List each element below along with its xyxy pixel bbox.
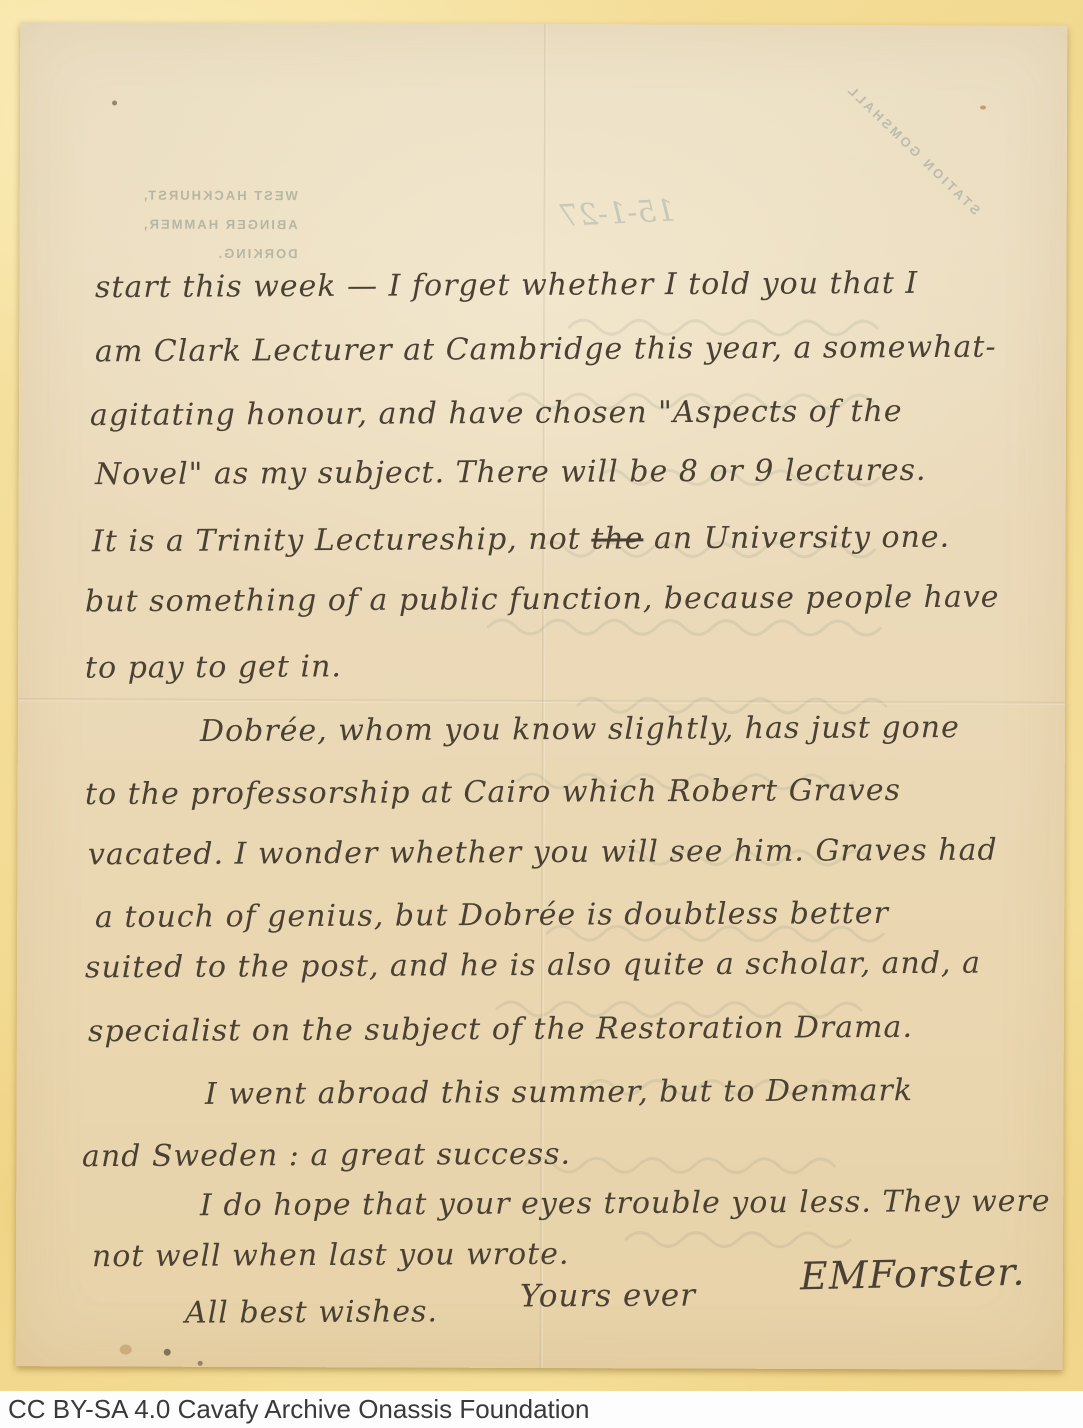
letter-line: Novel" as my subject. There will be 8 or… xyxy=(95,453,927,492)
letter-line: start this week — I forget whether I tol… xyxy=(95,266,918,305)
letter-line: specialist on the subject of the Restora… xyxy=(88,1010,913,1049)
foxing-speck xyxy=(164,1349,171,1356)
letter-line: I do hope that your eyes trouble you les… xyxy=(200,1184,1051,1223)
foxing-speck xyxy=(980,106,986,110)
show-through-letterhead: WEST HACKHURST, ABINGER HAMMER, DORKING. xyxy=(97,180,297,268)
letter-line: and Sweden : a great success. xyxy=(82,1137,571,1175)
license-attribution-text: CC BY-SA 4.0 Cavafy Archive Onassis Foun… xyxy=(0,1391,1083,1428)
letter-line: suited to the post, and he is also quite… xyxy=(85,946,981,986)
foxing-speck xyxy=(198,1361,203,1366)
letter-line: am Clark Lecturer at Cambridge this year… xyxy=(95,330,997,370)
closing-valediction: Yours ever xyxy=(520,1278,696,1315)
letter-line: not well when last you wrote. xyxy=(92,1237,570,1274)
letter-line: vacated. I wonder whether you will see h… xyxy=(88,833,998,873)
show-through-date: 15-1-27 xyxy=(559,193,676,234)
closing-wishes: All best wishes. xyxy=(185,1294,438,1330)
foxing-speck xyxy=(120,1345,132,1355)
foxing-speck xyxy=(112,100,117,105)
letter-line: to the professorship at Cairo which Robe… xyxy=(85,773,901,812)
scanned-letter-page: WEST HACKHURST, ABINGER HAMMER, DORKING.… xyxy=(0,0,1083,1428)
letter-line: but something of a public function, beca… xyxy=(85,580,1000,620)
show-through-station-stamp: STATION GOMSHALL xyxy=(801,40,984,218)
letter-line: Dobrée, whom you know slightly, has just… xyxy=(200,710,960,749)
line-post: an University one. xyxy=(643,520,950,557)
line-pre: It is a Trinity Lectureship, not xyxy=(92,522,591,560)
letter-line: a touch of genius, but Dobrée is doubtle… xyxy=(95,896,889,935)
letterhead-line: WEST HACKHURST, xyxy=(138,181,298,211)
letter-line: I went abroad this summer, but to Denmar… xyxy=(205,1073,913,1112)
letterhead-line: ABINGER HAMMER, xyxy=(104,209,298,239)
letterhead-line: DORKING. xyxy=(127,239,297,269)
attribution-strip: CC BY-SA 4.0 Cavafy Archive Onassis Foun… xyxy=(0,1391,1083,1428)
letter-line: to pay to get in. xyxy=(85,649,342,685)
struck-word: the xyxy=(591,521,643,556)
letter-line-with-strikethrough: It is a Trinity Lectureship, not the an … xyxy=(92,520,950,559)
letter-line: agitating honour, and have chosen "Aspec… xyxy=(90,394,903,433)
signature: EMForster. xyxy=(800,1250,1026,1299)
